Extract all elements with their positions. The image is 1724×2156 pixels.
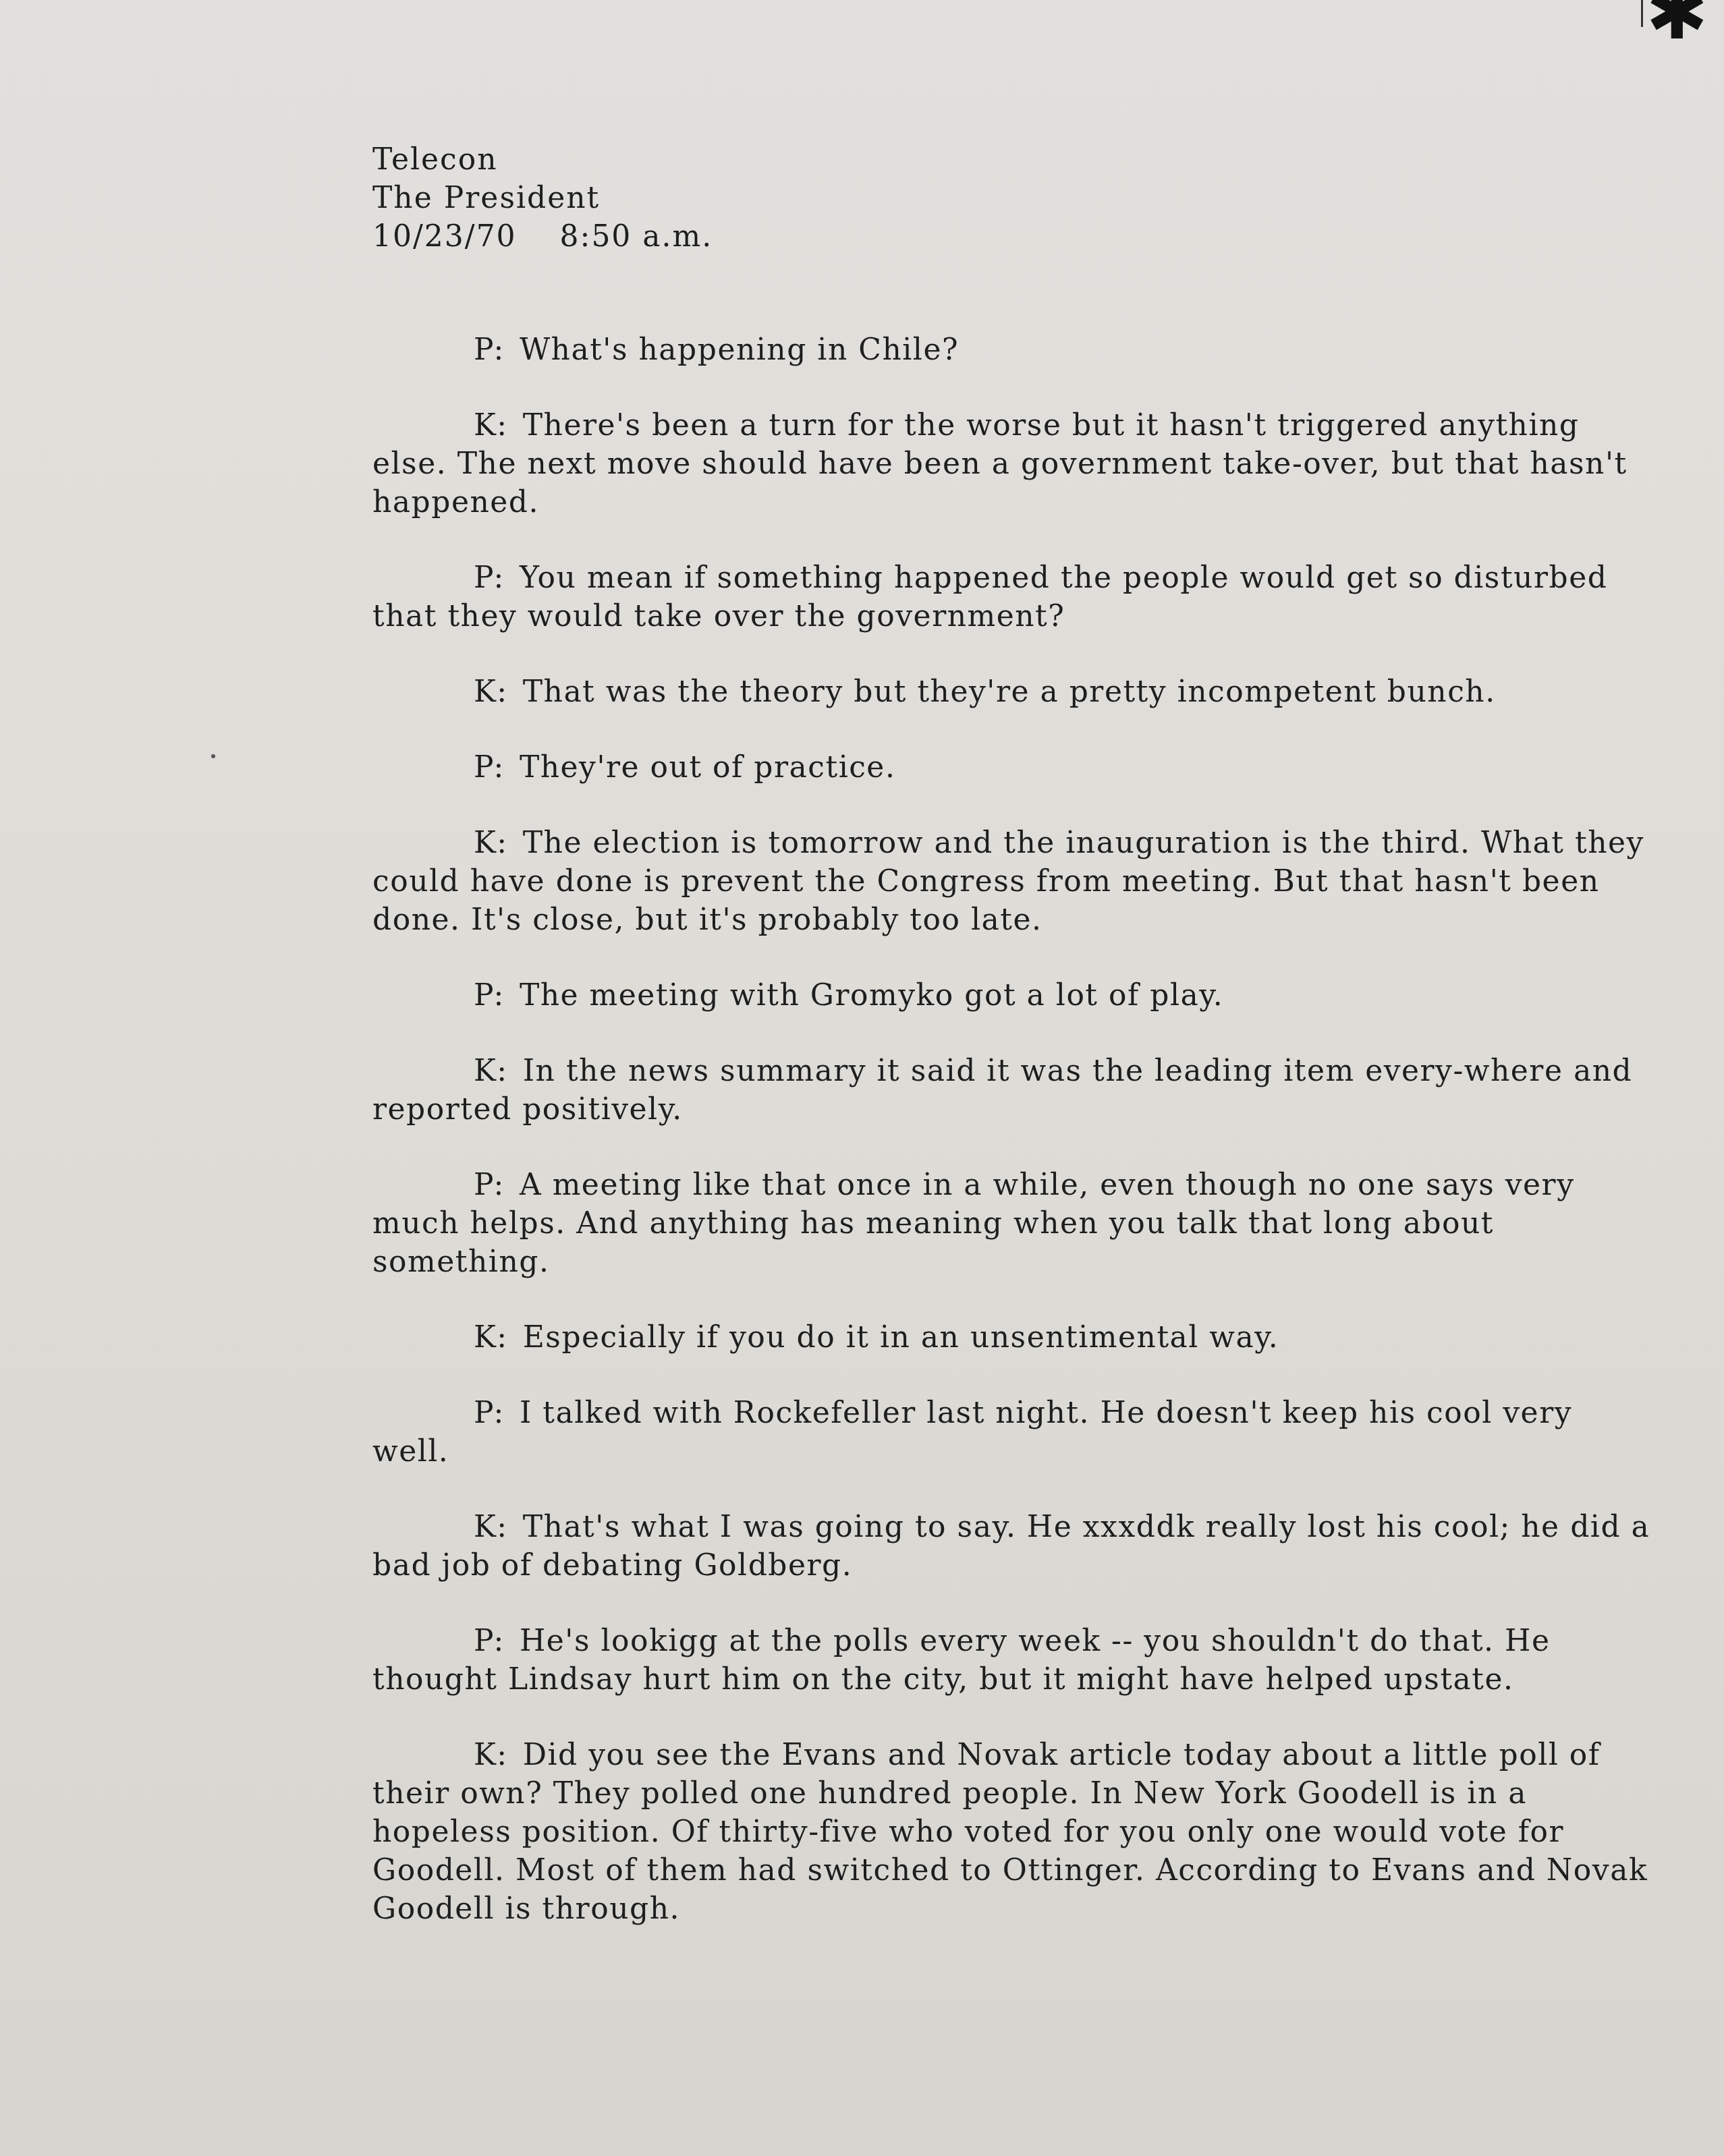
speaker-label: K: [474,1738,508,1772]
dialogue-paragraph: K:The election is tomorrow and the inaug… [372,824,1655,939]
speaker-label: P: [474,750,505,785]
header-datetime: 10/23/70 8:50 a.m. [372,217,713,256]
speaker-label: K: [474,1320,508,1355]
speaker-label: P: [474,978,505,1013]
header-type: Telecon [372,140,713,179]
dialogue-paragraph: K:That's what I was going to say. He xxx… [372,1508,1655,1585]
dialogue-paragraph: K:There's been a turn for the worse but … [372,406,1655,521]
dialogue-text: The meeting with Gromyko got a lot of pl… [520,978,1223,1013]
dialogue-text: He's lookigg at the polls every week -- … [372,1624,1551,1697]
dialogue-paragraph: K:Especially if you do it in an unsentim… [372,1318,1655,1357]
memo-header: Telecon The President 10/23/70 8:50 a.m. [372,140,713,256]
speaker-label: K: [474,408,508,443]
asterisk-stamp-icon: ✱ [1640,0,1714,36]
dialogue-paragraph: P:I talked with Rockefeller last night. … [372,1394,1655,1471]
dialogue-paragraph: P:He's lookigg at the polls every week -… [372,1622,1655,1699]
document-page: ✱ Telecon The President 10/23/70 8:50 a.… [0,0,1724,2156]
speaker-label: K: [474,826,508,860]
dialogue-text: That's what I was going to say. He xxxdd… [372,1510,1650,1583]
dialogue-paragraph: K:That was the theory but they're a pret… [372,673,1655,711]
dialogue-paragraph: P:What's happening in Chile? [372,331,1655,369]
dialogue-paragraph: K:In the news summary it said it was the… [372,1052,1655,1129]
dialogue-paragraph: P:They're out of practice. [372,748,1655,787]
dialogue-text: That was the theory but they're a pretty… [523,675,1496,709]
dialogue-paragraph: P:You mean if something happened the peo… [372,559,1655,635]
speaker-label: P: [474,1396,505,1430]
dialogue-text: You mean if something happened the peopl… [372,561,1607,633]
dialogue-text: Especially if you do it in an unsentimen… [523,1320,1279,1355]
speaker-label: P: [474,1168,505,1202]
speaker-label: P: [474,561,505,595]
transcript-body: P:What's happening in Chile?K:There's be… [372,331,1655,1965]
dialogue-text: What's happening in Chile? [520,333,959,367]
dialogue-paragraph: P:The meeting with Gromyko got a lot of … [372,976,1655,1015]
speaker-label: P: [474,333,505,367]
dialogue-paragraph: P:A meeting like that once in a while, e… [372,1166,1655,1281]
margin-speck [211,754,215,758]
dialogue-text: The election is tomorrow and the inaugur… [372,826,1644,937]
speaker-label: K: [474,1054,508,1088]
speaker-label: K: [474,675,508,709]
dialogue-text: Did you see the Evans and Novak article … [372,1738,1648,1926]
dialogue-paragraph: K:Did you see the Evans and Novak articl… [372,1736,1655,1928]
dialogue-text: I talked with Rockefeller last night. He… [372,1396,1572,1469]
header-party: The President [372,179,713,217]
dialogue-text: In the news summary it said it was the l… [372,1054,1632,1127]
dialogue-text: There's been a turn for the worse but it… [372,408,1628,519]
dialogue-text: A meeting like that once in a while, eve… [372,1168,1575,1279]
speaker-label: P: [474,1624,505,1658]
dialogue-text: They're out of practice. [520,750,896,785]
speaker-label: K: [474,1510,508,1544]
